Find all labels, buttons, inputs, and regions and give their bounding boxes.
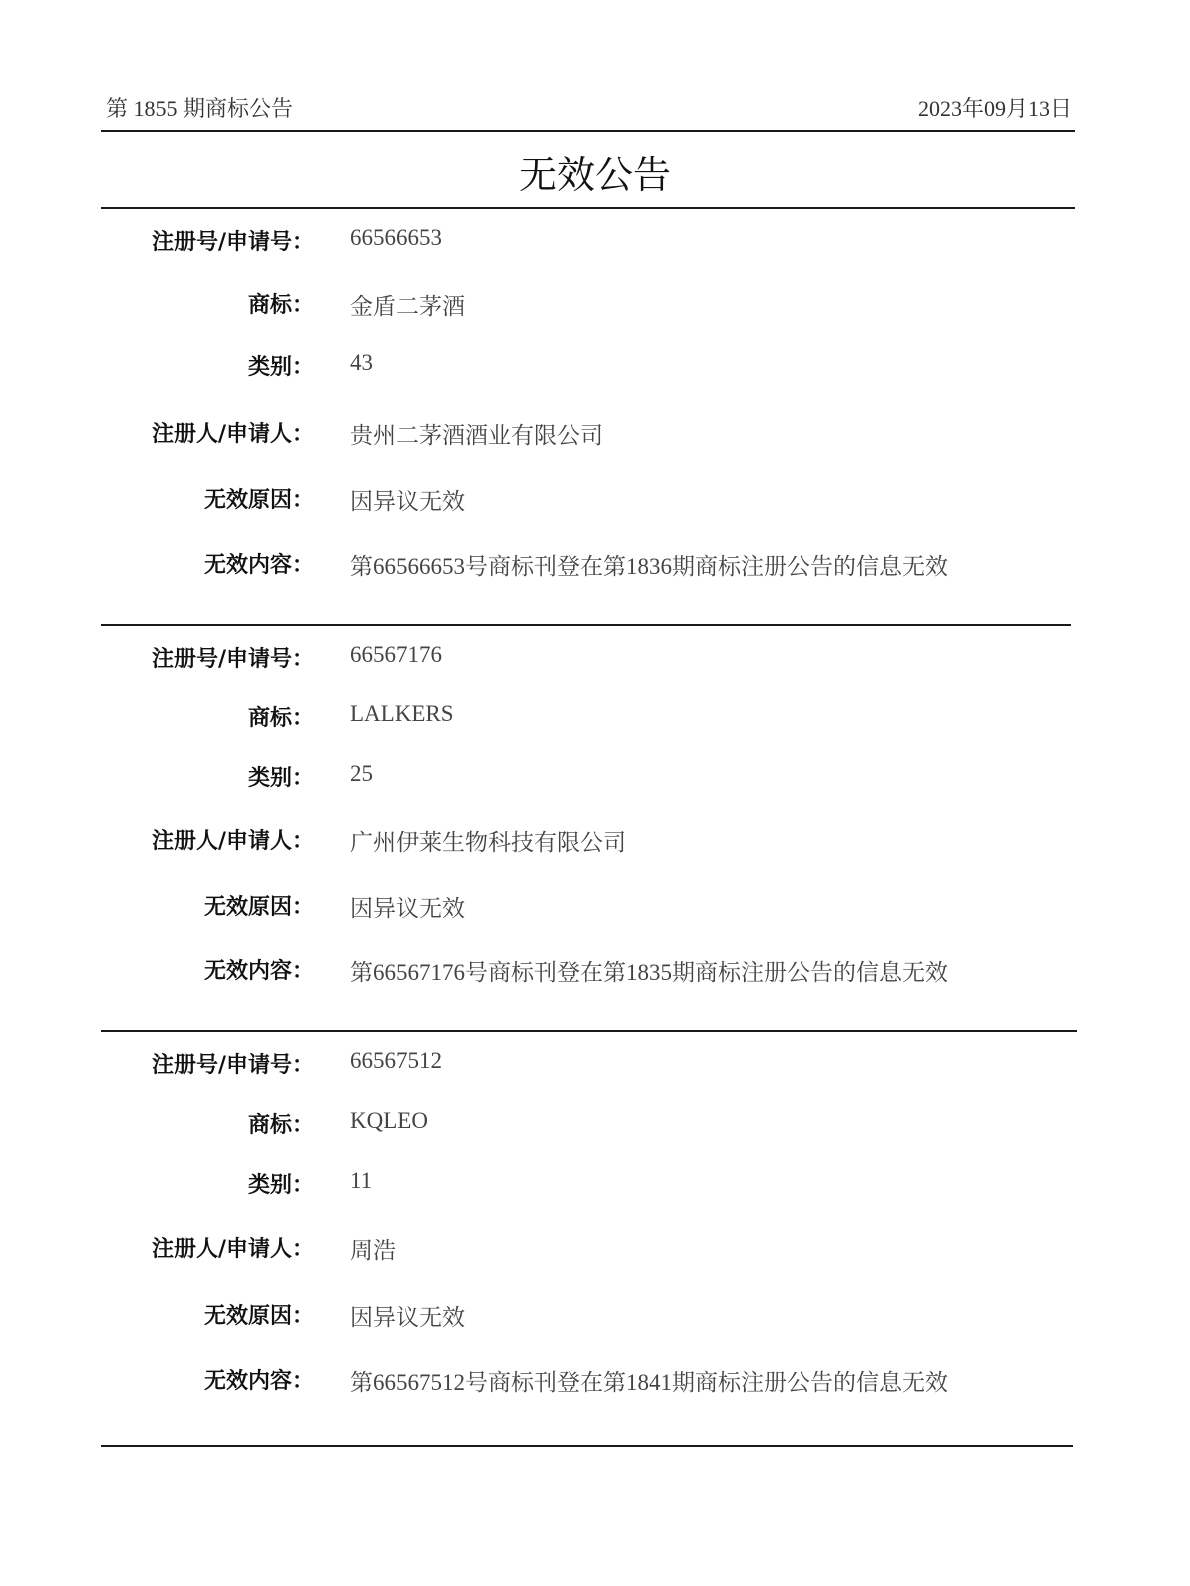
reg-no-label: 注册号/申请号：	[152, 642, 314, 673]
reg-no-label: 注册号/申请号：	[152, 1048, 314, 1079]
field-trademark: 商标： 金盾二茅酒	[0, 288, 1190, 320]
field-content: 无效内容： 第66567512号商标刊登在第1841期商标注册公告的信息无效	[0, 1364, 1190, 1396]
trademark-value: KQLEO	[350, 1108, 428, 1134]
header-issue: 第 1855 期商标公告	[106, 92, 293, 123]
content-value: 第66566653号商标刊登在第1836期商标注册公告的信息无效	[350, 548, 948, 581]
field-reg-no: 注册号/申请号： 66567176	[0, 642, 1190, 674]
header-divider	[101, 130, 1075, 132]
trademark-label: 商标：	[248, 288, 314, 319]
title-divider	[101, 207, 1075, 209]
field-reason: 无效原因： 因异议无效	[0, 1299, 1190, 1331]
field-reason: 无效原因： 因异议无效	[0, 890, 1190, 922]
field-content: 无效内容： 第66566653号商标刊登在第1836期商标注册公告的信息无效	[0, 548, 1190, 580]
reason-label: 无效原因：	[204, 1299, 314, 1330]
field-trademark: 商标： LALKERS	[0, 701, 1190, 733]
header-date: 2023年09月13日	[918, 92, 1072, 123]
class-label: 类别：	[248, 761, 314, 792]
content-label: 无效内容：	[204, 1364, 314, 1395]
class-label: 类别：	[248, 1168, 314, 1199]
field-class: 类别： 11	[0, 1168, 1190, 1200]
registrant-value: 广州伊莱生物科技有限公司	[350, 824, 626, 857]
reg-no-value: 66567176	[350, 642, 442, 668]
field-registrant: 注册人/申请人： 周浩	[0, 1232, 1190, 1264]
class-value: 25	[350, 761, 373, 787]
registrant-label: 注册人/申请人：	[152, 1232, 314, 1263]
field-registrant: 注册人/申请人： 贵州二茅酒酒业有限公司	[0, 417, 1190, 449]
registrant-value: 周浩	[350, 1232, 396, 1265]
class-value: 11	[350, 1168, 372, 1194]
field-registrant: 注册人/申请人： 广州伊莱生物科技有限公司	[0, 824, 1190, 856]
reason-value: 因异议无效	[350, 890, 465, 923]
reason-value: 因异议无效	[350, 483, 465, 516]
registrant-label: 注册人/申请人：	[152, 417, 314, 448]
content-value: 第66567512号商标刊登在第1841期商标注册公告的信息无效	[350, 1364, 948, 1397]
content-label: 无效内容：	[204, 548, 314, 579]
reason-label: 无效原因：	[204, 483, 314, 514]
field-reg-no: 注册号/申请号： 66567512	[0, 1048, 1190, 1080]
registrant-value: 贵州二茅酒酒业有限公司	[350, 417, 603, 450]
trademark-value: LALKERS	[350, 701, 454, 727]
field-reason: 无效原因： 因异议无效	[0, 483, 1190, 515]
field-reg-no: 注册号/申请号： 66566653	[0, 225, 1190, 257]
reg-no-label: 注册号/申请号：	[152, 225, 314, 256]
content-label: 无效内容：	[204, 954, 314, 985]
reg-no-value: 66566653	[350, 225, 442, 251]
reg-no-value: 66567512	[350, 1048, 442, 1074]
class-label: 类别：	[248, 350, 314, 381]
reason-label: 无效原因：	[204, 890, 314, 921]
entry-divider	[101, 624, 1071, 626]
page-title: 无效公告	[0, 144, 1190, 199]
registrant-label: 注册人/申请人：	[152, 824, 314, 855]
content-value: 第66567176号商标刊登在第1835期商标注册公告的信息无效	[350, 954, 948, 987]
field-class: 类别： 25	[0, 761, 1190, 793]
field-trademark: 商标： KQLEO	[0, 1108, 1190, 1140]
reason-value: 因异议无效	[350, 1299, 465, 1332]
trademark-label: 商标：	[248, 1108, 314, 1139]
entry-divider	[101, 1445, 1073, 1447]
class-value: 43	[350, 350, 373, 376]
trademark-label: 商标：	[248, 701, 314, 732]
entry-divider	[101, 1030, 1077, 1032]
field-class: 类别： 43	[0, 350, 1190, 382]
field-content: 无效内容： 第66567176号商标刊登在第1835期商标注册公告的信息无效	[0, 954, 1190, 986]
trademark-value: 金盾二茅酒	[350, 288, 465, 321]
